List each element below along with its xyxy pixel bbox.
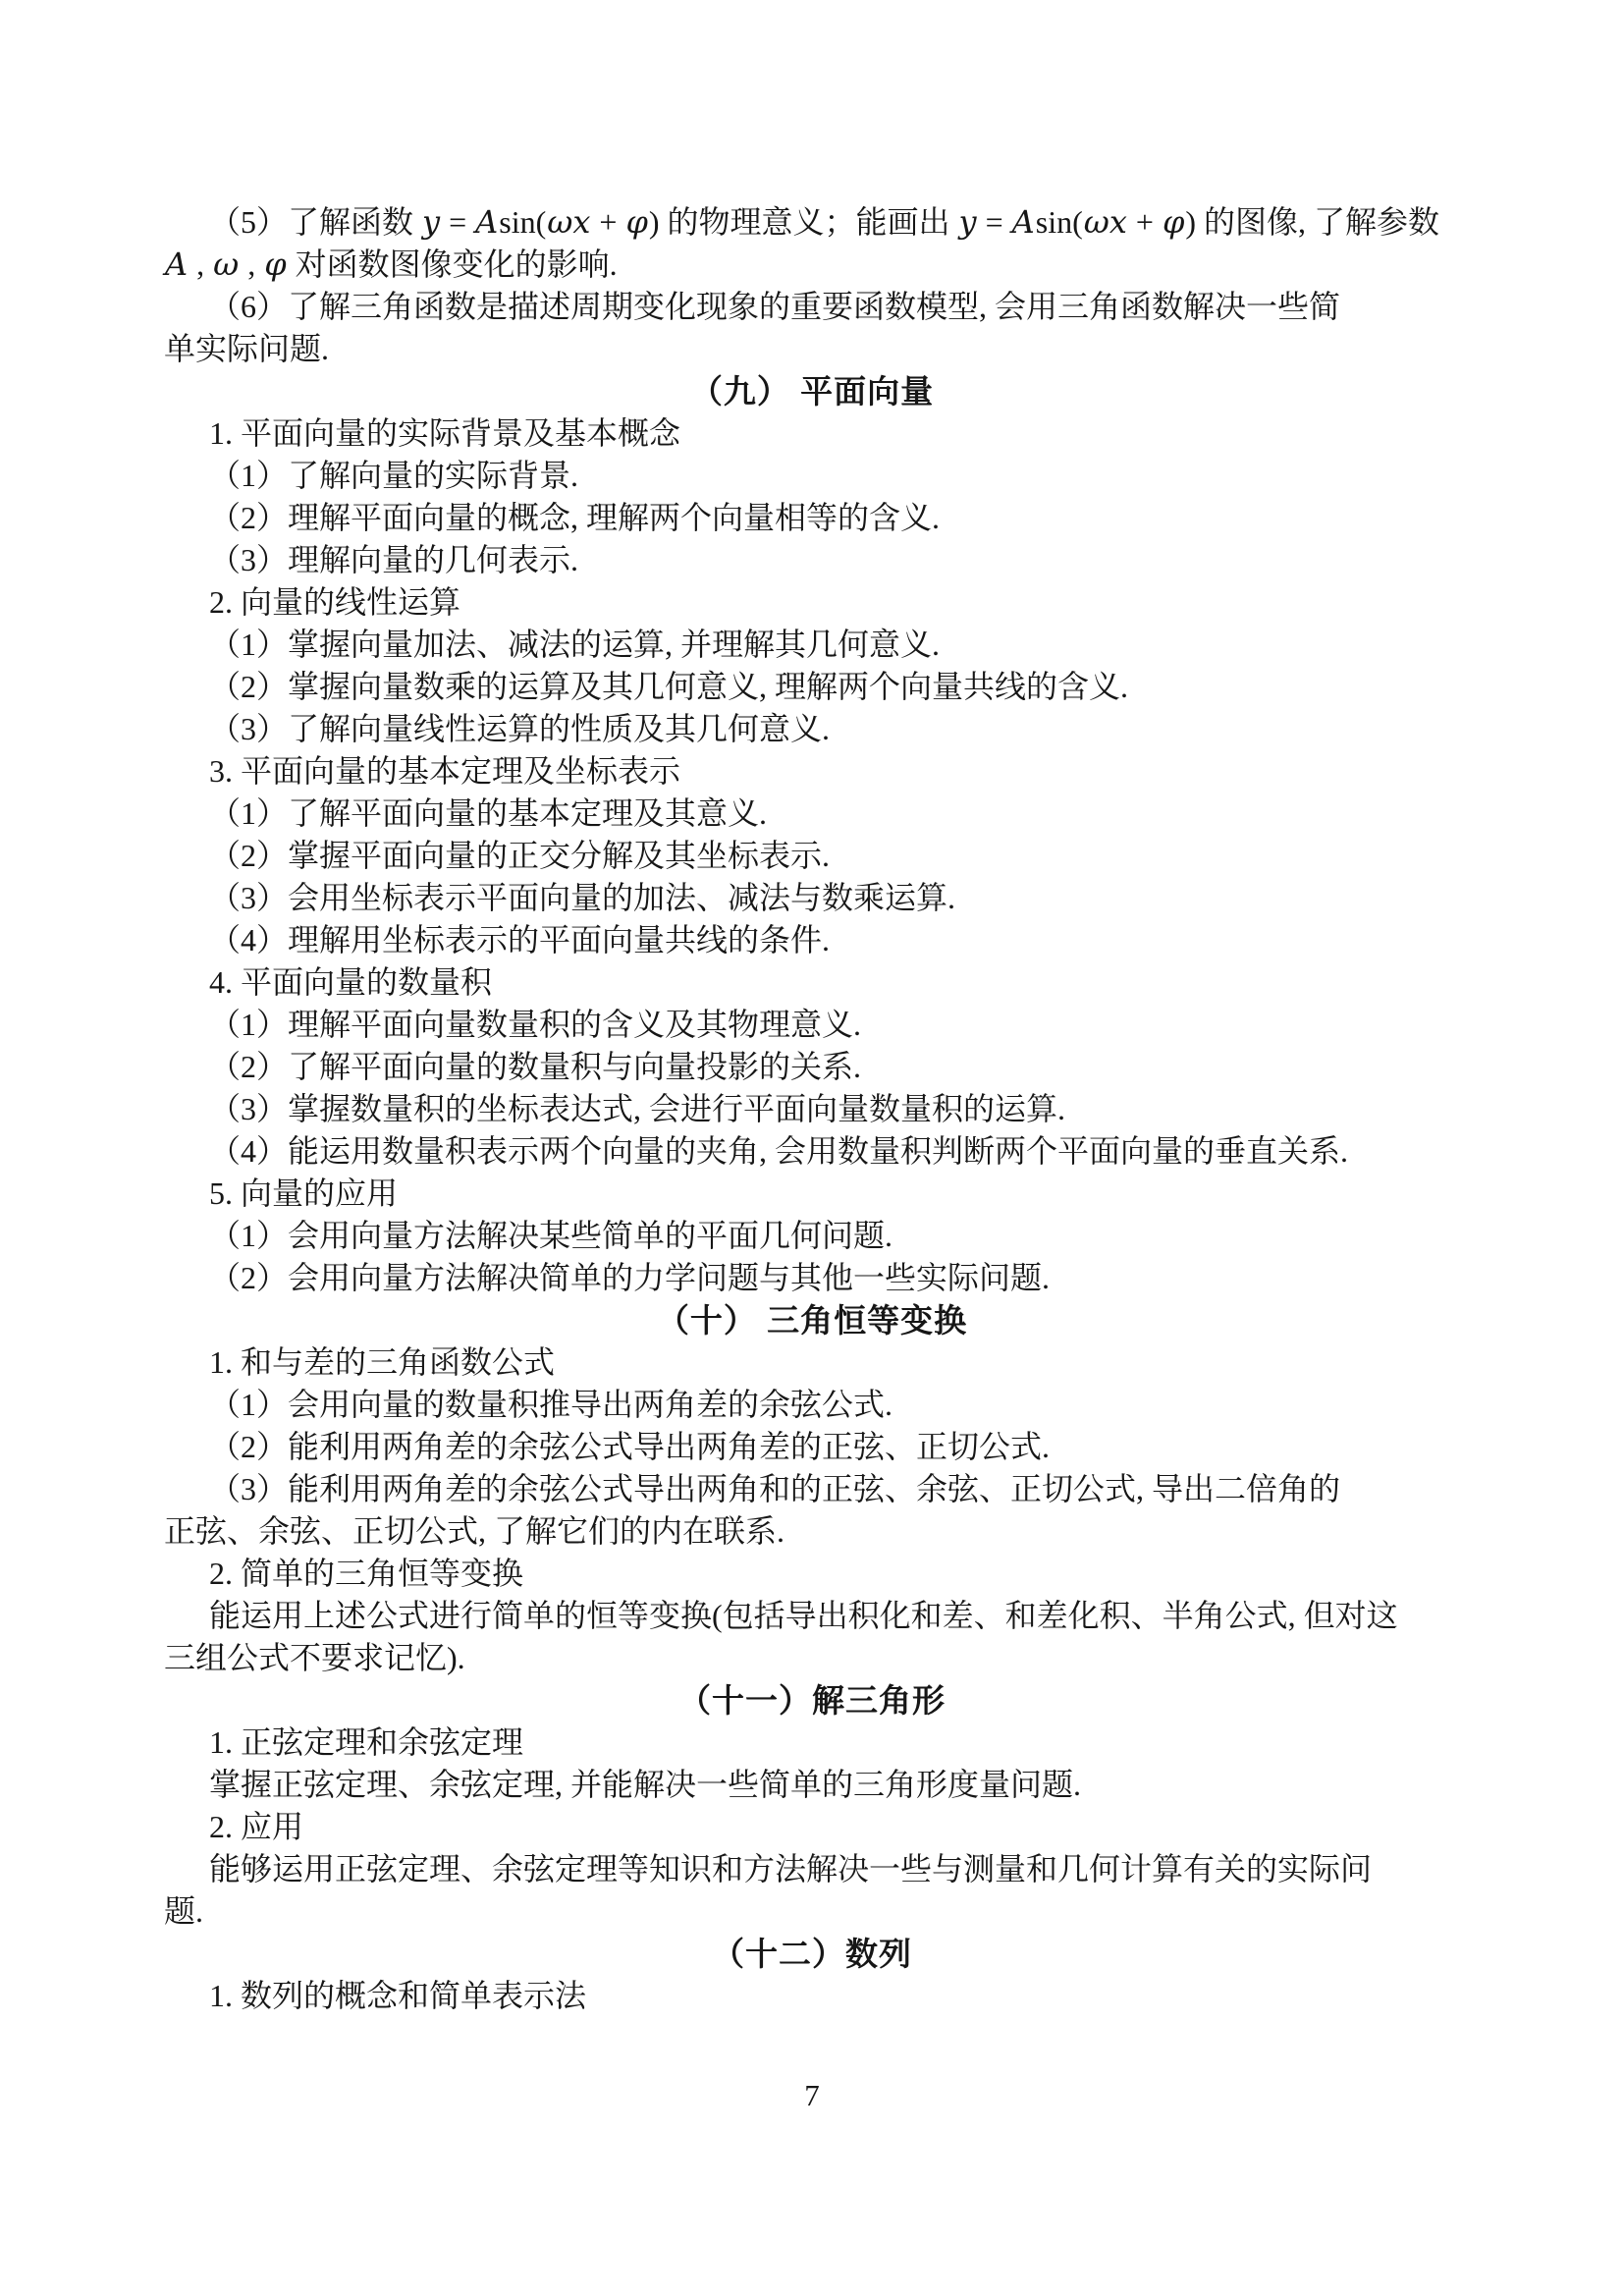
text-line: （4）理解用坐标表示的平面向量共线的条件. [164,919,1460,961]
math-segment: φ [263,246,287,283]
text-line: 1. 正弦定理和余弦定理 [164,1722,1460,1764]
text-segment: = [978,204,1011,240]
text-segment: 对函数图像变化的影响. [288,246,618,282]
text-line: （2）掌握向量数乘的运算及其几何意义, 理解两个向量共线的含义. [164,666,1460,708]
text-line: （6）了解三角函数是描述周期变化现象的重要函数模型, 会用三角函数解决一些简 [164,286,1460,328]
text-segment: sin( [499,204,546,240]
math-segment: φ [1162,203,1185,241]
text-line: 5. 向量的应用 [164,1173,1460,1215]
text-line: 题. [164,1890,1460,1933]
text-line: 掌握正弦定理、余弦定理, 并能解决一些简单的三角形度量问题. [164,1764,1460,1806]
text-line: （3）了解向量线性运算的性质及其几何意义. [164,708,1460,750]
document-page: （5）了解函数 y = Asin(ωx + φ) 的物理意义；能画出 y = A… [0,0,1623,2296]
section-heading: （十一）解三角形 [164,1679,1460,1722]
text-line: （1）理解平面向量数量积的含义及其物理意义. [164,1004,1460,1046]
text-line: 单实际问题. [164,328,1460,370]
text-segment: ) 的图像, 了解参数 [1185,204,1439,240]
text-line: 能够运用正弦定理、余弦定理等知识和方法解决一些与测量和几何计算有关的实际问 [164,1848,1460,1890]
math-segment: A [164,246,189,283]
math-segment: ωx [546,203,591,241]
text-line: 正弦、余弦、正切公式, 了解它们的内在联系. [164,1510,1460,1553]
text-line: 2. 应用 [164,1806,1460,1848]
text-line: A , ω , φ 对函数图像变化的影响. [164,244,1460,286]
math-segment: ωx [1083,203,1128,241]
text-segment: sin( [1036,204,1083,240]
text-line: 1. 和与差的三角函数公式 [164,1341,1460,1384]
text-line: （3）能利用两角差的余弦公式导出两角和的正弦、余弦、正切公式, 导出二倍角的 [164,1468,1460,1510]
text-line: 能运用上述公式进行简单的恒等变换(包括导出积化和差、和差化积、半角公式, 但对这 [164,1595,1460,1637]
text-segment: + [591,204,624,240]
text-segment: ) 的物理意义；能画出 [649,204,958,240]
text-segment: （5）了解函数 [209,204,421,240]
text-segment: , [240,246,263,282]
section-heading: （九） 平面向量 [164,370,1460,412]
text-line: （1）了解平面向量的基本定理及其意义. [164,793,1460,835]
text-segment: , [189,246,212,282]
text-line: （2）会用向量方法解决简单的力学问题与其他一些实际问题. [164,1257,1460,1299]
text-line: （2）能利用两角差的余弦公式导出两角差的正弦、正切公式. [164,1426,1460,1468]
section-heading: （十二）数列 [164,1933,1460,1975]
math-segment: φ [624,203,648,241]
math-segment: A [1011,203,1036,241]
text-line: （1）了解向量的实际背景. [164,455,1460,497]
text-line: （3）会用坐标表示平面向量的加法、减法与数乘运算. [164,877,1460,919]
text-line: （1）会用向量方法解决某些简单的平面几何问题. [164,1215,1460,1257]
text-line: （3）掌握数量积的坐标表达式, 会进行平面向量数量积的运算. [164,1088,1460,1130]
text-line: （5）了解函数 y = Asin(ωx + φ) 的物理意义；能画出 y = A… [164,201,1460,244]
text-line: （2）理解平面向量的概念, 理解两个向量相等的含义. [164,497,1460,539]
math-segment: y [421,203,441,241]
text-line: 三组公式不要求记忆). [164,1637,1460,1679]
math-segment: y [958,203,978,241]
text-line: 1. 数列的概念和简单表示法 [164,1975,1460,2017]
page-number: 7 [164,2078,1460,2113]
text-line: 1. 平面向量的实际背景及基本概念 [164,412,1460,455]
text-line: 3. 平面向量的基本定理及坐标表示 [164,750,1460,793]
text-line: （3）理解向量的几何表示. [164,539,1460,581]
text-line: （4）能运用数量积表示两个向量的夹角, 会用数量积判断两个平面向量的垂直关系. [164,1130,1460,1173]
math-segment: ω [212,246,240,283]
text-line: （1）掌握向量加法、减法的运算, 并理解其几何意义. [164,624,1460,666]
text-line: （1）会用向量的数量积推导出两角差的余弦公式. [164,1384,1460,1426]
text-segment: = [441,204,474,240]
text-line: （2）了解平面向量的数量积与向量投影的关系. [164,1046,1460,1088]
text-line: 4. 平面向量的数量积 [164,961,1460,1004]
text-line: （2）掌握平面向量的正交分解及其坐标表示. [164,835,1460,877]
section-heading: （十） 三角恒等变换 [164,1299,1460,1341]
math-segment: A [474,203,499,241]
text-line: 2. 简单的三角恒等变换 [164,1553,1460,1595]
text-line: 2. 向量的线性运算 [164,581,1460,624]
document-body: （5）了解函数 y = Asin(ωx + φ) 的物理意义；能画出 y = A… [164,201,1460,2017]
text-segment: + [1128,204,1162,240]
